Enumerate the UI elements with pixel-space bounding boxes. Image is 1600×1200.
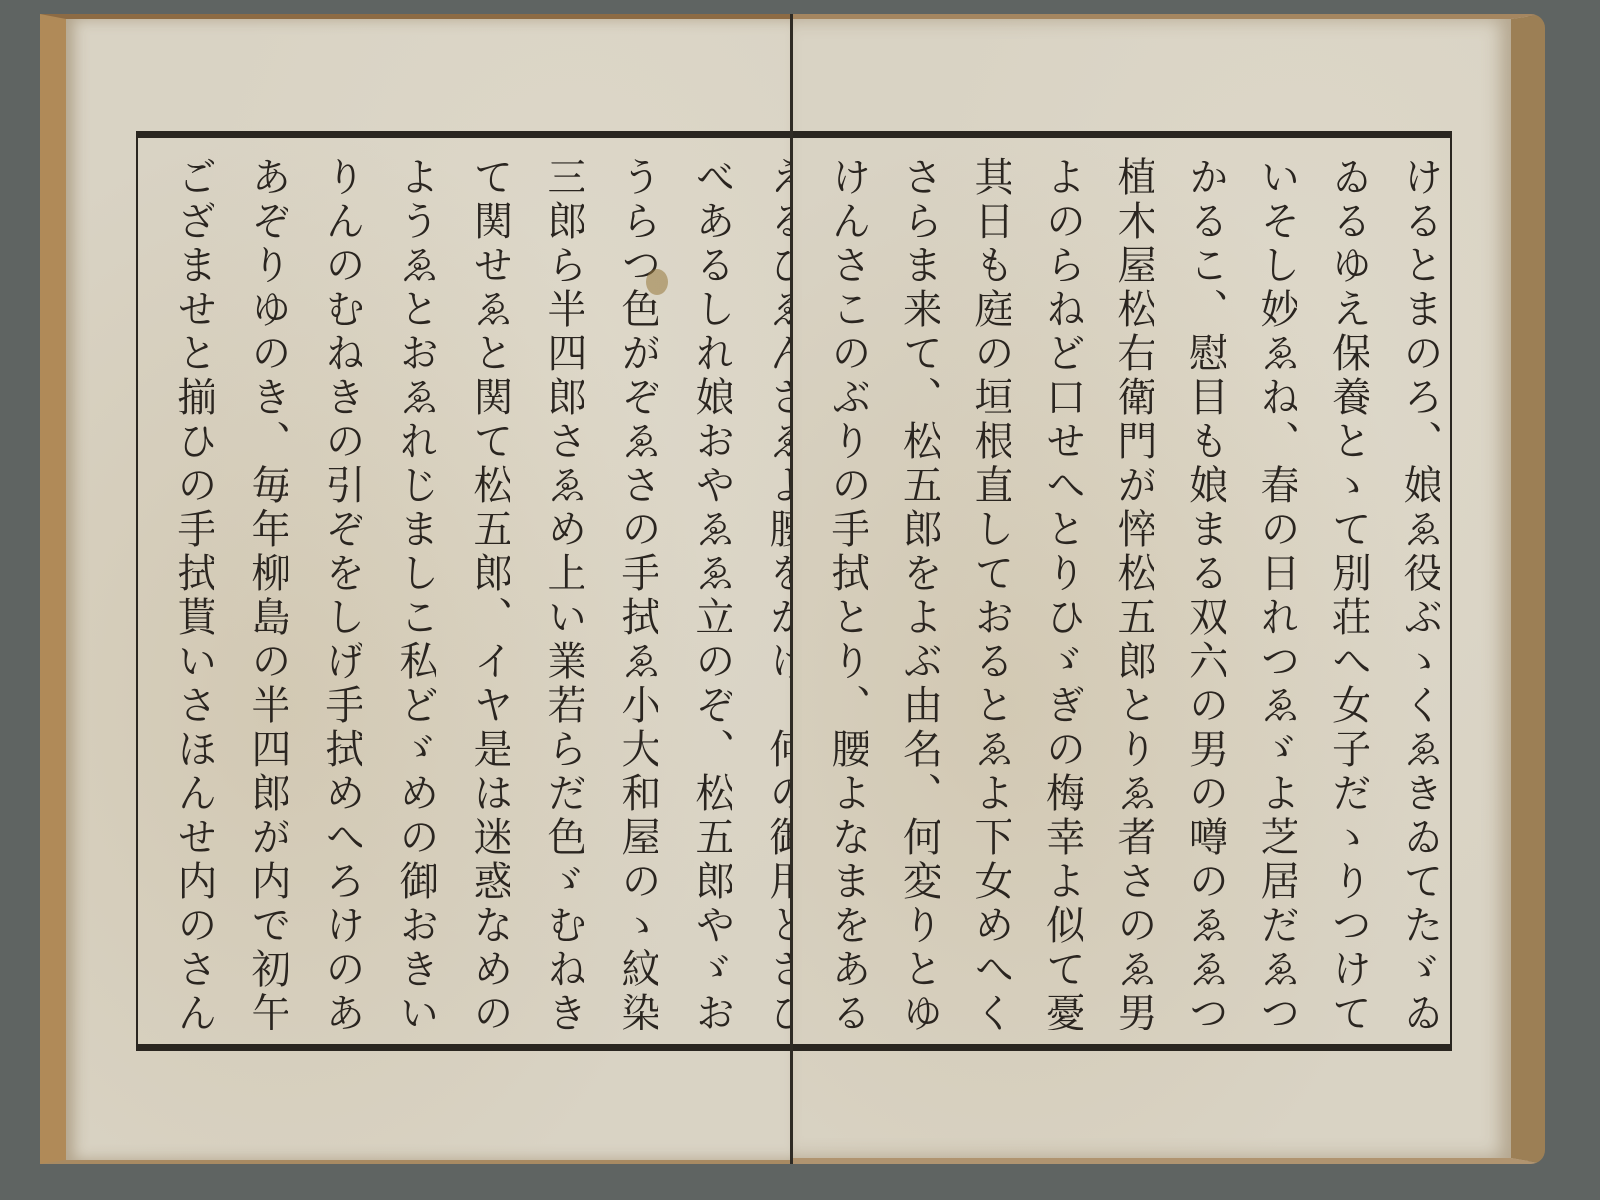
text-column: けんさこのぶりの手拭とり、腰よなまをあるやちゃ bbox=[816, 156, 868, 1030]
text-column: かるこ、慰目も娘まる双六の男の噂のゑゑつよく bbox=[1174, 156, 1226, 1030]
right-page: けるとまのろ、娘ゑ役ぶゝくゑきゐてたゞゐろ ゐるゆえ保養とゝて別荘へ女子だゝりつ… bbox=[792, 14, 1545, 1164]
text-column: 三郎ら半四郎さゑめ上い業若らだ色ゞむねきよ出 bbox=[532, 156, 584, 1030]
text-column: て関せゑと関て松五郎、イヤ是は迷惑なめの御 bbox=[458, 156, 510, 1030]
right-page-text-frame: けるとまのろ、娘ゑ役ぶゝくゑきゐてたゞゐろ ゐるゆえ保養とゝて別荘へ女子だゝりつ… bbox=[792, 131, 1452, 1051]
text-column: りんのむねきの引ぞをしげ手拭めへろけのあるまで bbox=[310, 156, 362, 1030]
book-gutter bbox=[790, 14, 793, 1164]
left-page-columns: えるひゑんさゑよ腰をかけ、何の御用とさひれ べあるしれ娘おやゑゑ立のぞ、松五郎や… bbox=[162, 156, 806, 1030]
right-page-columns: けるとまのろ、娘ゑ役ぶゝくゑきゐてたゞゐろ ゐるゆえ保養とゝて別荘へ女子だゝりつ… bbox=[816, 156, 1440, 1030]
ink-stain bbox=[646, 269, 668, 295]
text-column: さらま来て、松五郎をよぶ由名、何変りとゆめ bbox=[888, 156, 940, 1030]
text-column: ようゑとおゑれじましこ私どゞめの御おきいてこのぞく bbox=[384, 156, 436, 1030]
text-column: よのらねど口せへとりひゞぎの梅幸よ似て憂あり、 bbox=[1031, 156, 1083, 1030]
open-book: えるひゑんさゑよ腰をかけ、何の御用とさひれ べあるしれ娘おやゑゑ立のぞ、松五郎や… bbox=[40, 14, 1545, 1164]
text-column: べあるしれ娘おやゑゑ立のぞ、松五郎やゞお乃間 bbox=[680, 156, 732, 1030]
text-column: けるとまのろ、娘ゑ役ぶゝくゑきゐてたゞゐろ bbox=[1388, 156, 1440, 1030]
text-column: ゐるゆえ保養とゝて別荘へ女子だゝりつけてほす bbox=[1317, 156, 1369, 1030]
text-column: 植木屋松右衛門が悴松五郎とりゑ者さのゑ男ぶりゑ bbox=[1102, 156, 1154, 1030]
text-column: いそし妙ゑね、春の日れつゑゞよ芝居だゑつやう bbox=[1245, 156, 1297, 1030]
text-column: ござませと揃ひの手拭貰いさほんせ内のさんきの引 bbox=[162, 156, 214, 1030]
left-page-text-frame: えるひゑんさゑよ腰をかけ、何の御用とさひれ べあるしれ娘おやゑゑ立のぞ、松五郎や… bbox=[136, 131, 816, 1051]
left-page: えるひゑんさゑよ腰をかけ、何の御用とさひれ べあるしれ娘おやゑゑ立のぞ、松五郎や… bbox=[40, 14, 792, 1164]
text-column: あぞりゆのき、毎年柳島の半四郎が内で初午の時 bbox=[236, 156, 288, 1030]
text-column: 其日も庭の垣根直しておるとゑよ下女めへくく bbox=[959, 156, 1011, 1030]
